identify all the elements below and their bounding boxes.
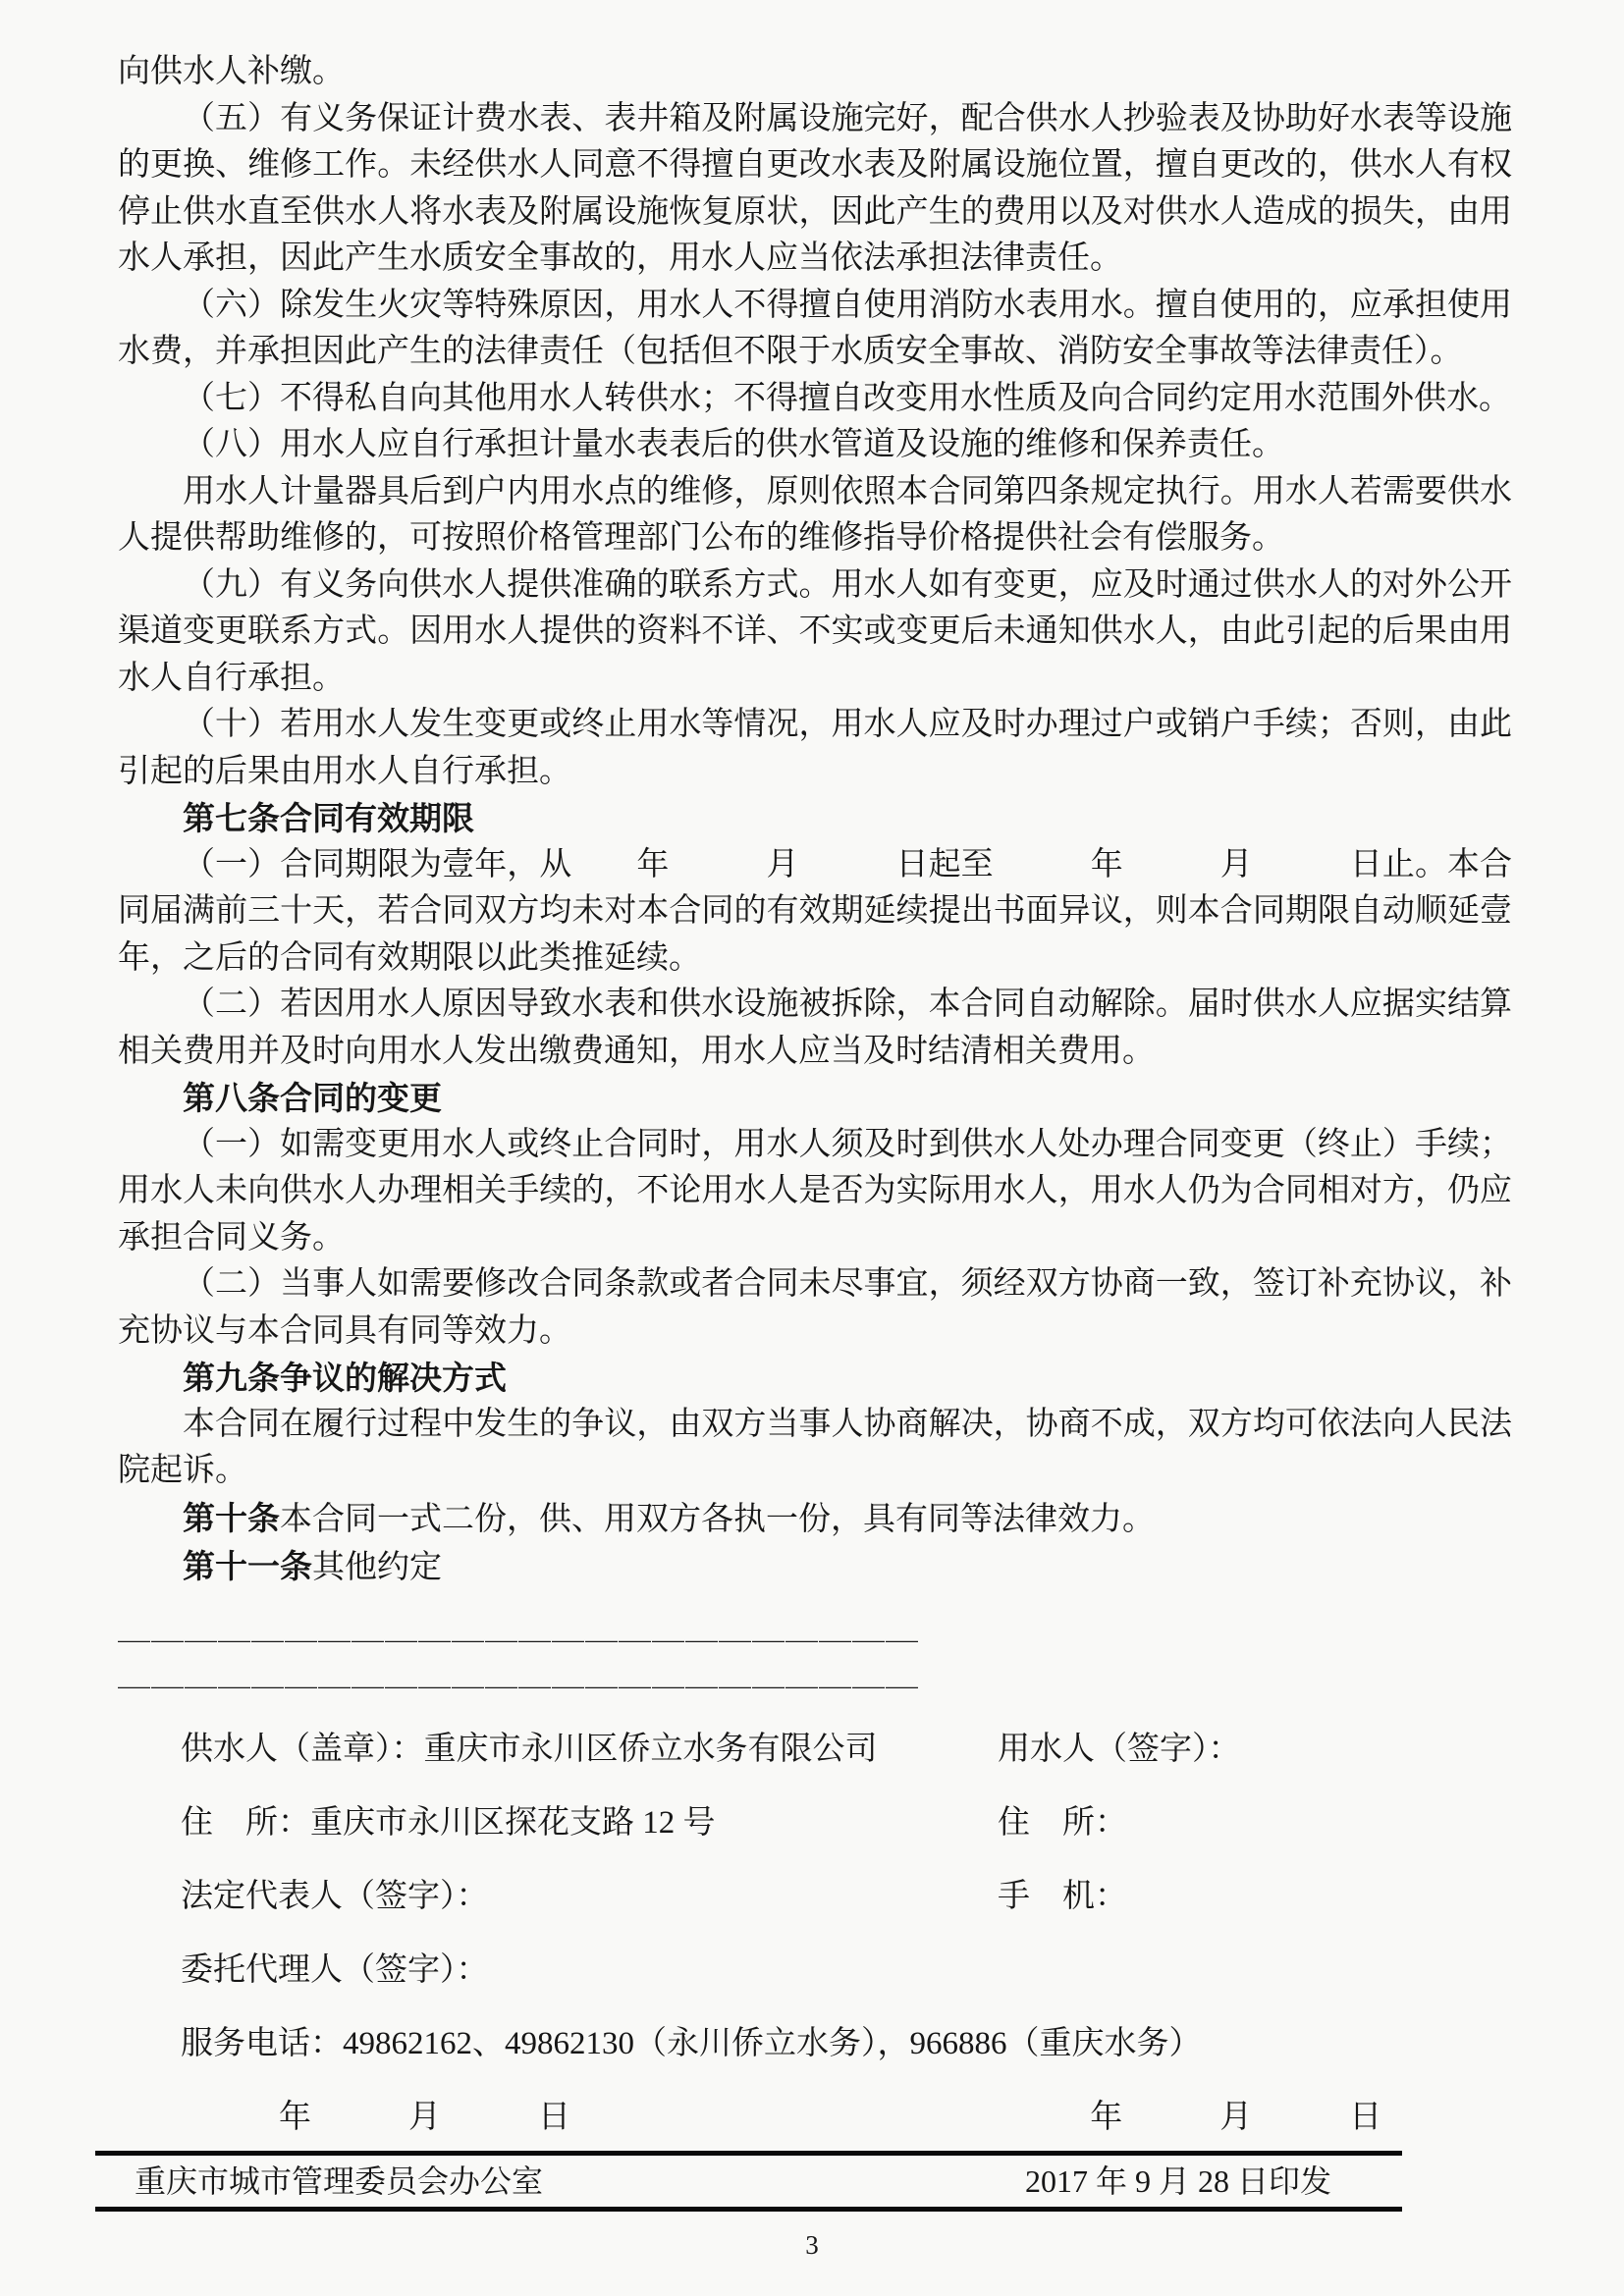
paragraph-list: 向供水人补缴。（五）有义务保证计费水表、表井箱及附属设施完好，配合供水人抄验表及… [118,49,1512,1592]
paragraph: （七）不得私自向其他用水人转供水；不得擅自改变用水性质及向合同约定用水范围外供水… [118,376,1512,423]
signature-row: 服务电话：49862162、49862130（永川侨立水务），966886（重庆… [118,2020,1512,2067]
signature-field-right: 手 机： [998,1873,1127,1920]
section-heading: 第七条合同有效期限 [118,795,1512,842]
paragraph: 向供水人补缴。 [118,49,1512,96]
page-number: 3 [0,2230,1624,2261]
paragraph: 第十条本合同一式二份，供、用双方各执一份，具有同等法律效力。 [118,1495,1512,1544]
paragraph: 用水人计量器具后到户内用水点的维修，原则依照本合同第四条规定执行。用水人若需要供… [118,469,1512,562]
signature-field-right: 用水人（签字）： [998,1726,1241,1773]
signature-field-left: 服务电话：49862162、49862130（永川侨立水务），966886（重庆… [181,2020,998,2067]
section-heading: 第八条合同的变更 [118,1075,1512,1122]
clause-number: 第十一条 [183,1548,312,1584]
paragraph: （十）若用水人发生变更或终止用水等情况，用水人应及时办理过户或销户手续；否则，由… [118,702,1512,795]
paragraph: 本合同在履行过程中发生的争议，由双方当事人协商解决，协商不成，双方均可依法向人民… [118,1402,1512,1495]
footer-print-date: 2017 年 9 月 28 日印发 [1025,2161,1402,2202]
paragraph: （二）若因用水人原因导致水表和供水设施被拆除，本合同自动解除。届时供水人应据实结… [118,982,1512,1075]
section-heading: 第九条争议的解决方式 [118,1355,1512,1402]
signature-row: 供水人（盖章）：重庆市永川区侨立水务有限公司用水人（签字）： [118,1726,1512,1773]
signature-row: 住 所：重庆市永川区探花支路 12 号住 所： [118,1799,1512,1846]
fill-in-line: ＿＿＿＿＿＿＿＿＿＿＿＿＿＿＿＿＿＿＿＿＿＿＿＿ [118,1652,1512,1699]
signature-field-left: 供水人（盖章）：重庆市永川区侨立水务有限公司 [181,1726,998,1773]
signature-section: 供水人（盖章）：重庆市永川区侨立水务有限公司用水人（签字）：住 所：重庆市永川区… [118,1726,1512,2067]
signature-field-left: 委托代理人（签字）： [181,1947,998,1994]
footer-issuing-office: 重庆市城市管理委员会办公室 [95,2161,543,2202]
paragraph: （五）有义务保证计费水表、表井箱及附属设施完好，配合供水人抄验表及协助好水表等设… [118,96,1512,283]
paragraph: （八）用水人应自行承担计量水表表后的供水管道及设施的维修和保养责任。 [118,422,1512,469]
paragraph: （九）有义务向供水人提供准确的联系方式。用水人如有变更，应及时通过供水人的对外公… [118,562,1512,703]
signature-field-left: 法定代表人（签字）： [181,1873,998,1920]
fill-in-line: ＿＿＿＿＿＿＿＿＿＿＿＿＿＿＿＿＿＿＿＿＿＿＿＿ [118,1606,1512,1653]
clause-text: 本合同一式二份，供、用双方各执一份，具有同等法律效力。 [280,1502,1155,1537]
contract-body: 向供水人补缴。（五）有义务保证计费水表、表井箱及附属设施完好，配合供水人抄验表及… [118,49,1512,2212]
paragraph: （六）除发生火灾等特殊原因，用水人不得擅自使用消防水表用水。擅自使用的，应承担使… [118,283,1512,376]
other-agreements-fill-lines: ＿＿＿＿＿＿＿＿＿＿＿＿＿＿＿＿＿＿＿＿＿＿＿＿＿＿＿＿＿＿＿＿＿＿＿＿＿＿＿＿… [118,1606,1512,1699]
signature-row: 法定代表人（签字）：手 机： [118,1873,1512,1920]
user-sign-date: 年 月 日 [1005,2094,1381,2141]
supplier-sign-date: 年 月 日 [181,2094,998,2141]
paragraph: （一）合同期限为壹年，从 年 月 日起至 年 月 日止。本合同届满前三十天，若合… [118,842,1512,983]
paragraph: （二）当事人如需要修改合同条款或者合同未尽事宜，须经双方协商一致，签订补充协议，… [118,1261,1512,1355]
signature-field-right: 住 所： [998,1799,1127,1846]
paragraph: （一）如需变更用水人或终止合同时，用水人须及时到供水人处办理合同变更（终止）手续… [118,1122,1512,1262]
footer-bar: 重庆市城市管理委员会办公室 2017 年 9 月 28 日印发 [95,2151,1402,2212]
signature-row: 委托代理人（签字）： [118,1947,1512,1994]
document-page: 向供水人补缴。（五）有义务保证计费水表、表井箱及附属设施完好，配合供水人抄验表及… [0,0,1624,2296]
clause-number: 第十条 [183,1500,280,1536]
clause-text: 其他约定 [312,1550,442,1585]
paragraph: 第十一条其他约定 [118,1543,1512,1592]
signature-field-left: 住 所：重庆市永川区探花支路 12 号 [181,1799,998,1846]
signature-date-row: 年 月 日 年 月 日 [118,2094,1512,2141]
